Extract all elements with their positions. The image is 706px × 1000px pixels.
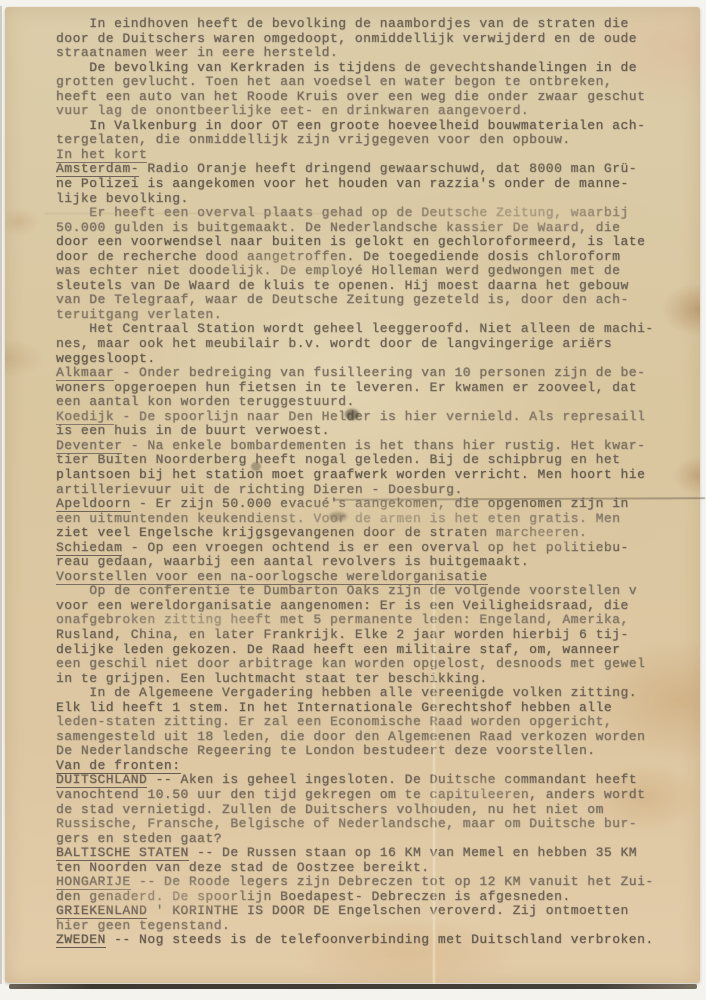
line-text: Op de conferentie te Dumbarton Oaks zijn… — [56, 583, 637, 598]
line-text: -- Aken is geheel ingesloten. De Duitsch… — [147, 772, 637, 787]
line-text: artillerievuur uit de richting Dieren - … — [56, 482, 463, 497]
text-line: Deventer - Na enkele bombardementen is h… — [56, 439, 694, 454]
text-line: weggesloopt. — [56, 352, 694, 367]
photo-left-edge — [0, 6, 2, 984]
text-line: hier geen tegenstand. — [56, 919, 694, 934]
line-text: gers en steden gaat? — [56, 831, 222, 846]
text-line: gers en steden gaat? — [56, 832, 694, 847]
text-line: delijke leden gekozen. De Raad heeft een… — [56, 643, 694, 658]
text-line: tergelaten, die onmiddellijk zijn vrijge… — [56, 133, 694, 148]
line-text: ten Noorden van deze stad de Oostzee ber… — [56, 860, 430, 875]
line-text: woners opgeroepen hun fietsen in te leve… — [56, 380, 637, 395]
line-text: - Na enkele bombardementen is het thans … — [122, 438, 645, 453]
text-line: door de recherche dood aangetroffen. De … — [56, 250, 694, 265]
line-text: voor een wereldorganisatie aangenomen: E… — [56, 598, 629, 613]
text-line: een aantal kon worden teruggestuurd. — [56, 395, 694, 410]
text-line: De Nederlandsche Regeering te London bes… — [56, 744, 694, 759]
line-text: was echter niet doodelijk. De employé Ho… — [56, 263, 621, 278]
line-text: De bevolking van Kerkraden is tijdens de… — [56, 60, 637, 75]
line-text: een geschil niet door arbitrage kan word… — [56, 656, 645, 671]
line-text: In eindhoven heeft de bevolking de naamb… — [56, 16, 629, 31]
line-text: leden-staten zitting. Er zal een Economi… — [56, 714, 612, 729]
text-line: door een voorwendsel naar buiten is gelo… — [56, 235, 694, 250]
paper-sheet: In eindhoven heeft de bevolking de naamb… — [5, 7, 700, 983]
text-line: woners opgeroepen hun fietsen in te leve… — [56, 381, 694, 396]
line-text: In de Algemeene Vergadering hebben alle … — [56, 685, 637, 700]
text-line: lijke bevolking. — [56, 192, 694, 207]
line-text: - Op een vroegen ochtend is er een overv… — [122, 540, 628, 555]
text-line: tier Buiten Noorderberg heeft nogal gele… — [56, 453, 694, 468]
line-text: hier geen tegenstand. — [56, 918, 230, 933]
text-line: van De Telegraaf, waar de Deutsche Zeitu… — [56, 293, 694, 308]
line-text: tergelaten, die onmiddellijk zijn vrijge… — [56, 132, 571, 147]
text-line: Elk lid heeft 1 stem. In het Internation… — [56, 701, 694, 716]
line-text: onafgebroken zitting heeft met 5 permane… — [56, 612, 629, 627]
text-line: DUITSCHLAND -- Aken is geheel ingesloten… — [56, 773, 694, 788]
line-text: weggesloopt. — [56, 351, 156, 366]
text-line: GRIEKENLAND ' KORINTHE IS DOOR DE Engels… — [56, 904, 694, 919]
text-line: ZWEDEN -- Nog steeds is de telefoonverbi… — [56, 933, 694, 948]
line-text: De Nederlandsche Regeering te London bes… — [56, 743, 596, 758]
line-text: den genaderd. De spoorlijn Boedapest- De… — [56, 889, 571, 904]
text-line: 50.000 gulden is buitgemaakt. De Nederla… — [56, 221, 694, 236]
text-line: HONGARIJE -- De Roode legers zijn Debrec… — [56, 875, 694, 890]
underlined-heading: ZWEDEN — [56, 932, 106, 948]
line-text: ziet veel Engelsche krijgsgevangenen doo… — [56, 525, 587, 540]
line-text: door de recherche dood aangetroffen. De … — [56, 249, 621, 264]
line-text: ' KORINTHE IS DOOR DE Engelschen verover… — [147, 903, 628, 918]
line-text: ne Polizei is aangekomen voor het houden… — [56, 176, 629, 191]
line-text: -- Nog steeds is de telefoonverbinding m… — [106, 932, 654, 947]
line-text: - De spoorlijn naar Den Helder is hier v… — [114, 409, 645, 424]
photo-bottom-edge — [9, 984, 697, 989]
text-line: door de Duitschers waren omgedoopt, onmi… — [56, 32, 694, 47]
text-line: voor een wereldorganisatie aangenomen: E… — [56, 599, 694, 614]
text-line: samengesteld uit 18 leden, die door den … — [56, 730, 694, 745]
line-text: -- De Roode legers zijn Debreczen tot op… — [131, 874, 654, 889]
text-line: Er heeft een overval plaats gehad op de … — [56, 206, 694, 221]
line-text: lijke bevolking. — [56, 191, 189, 206]
text-line: artillerievuur uit de richting Dieren - … — [56, 483, 694, 498]
line-text: de stad vernietigd. Zullen de Duitschers… — [56, 802, 604, 817]
text-line: onafgebroken zitting heeft met 5 permane… — [56, 613, 694, 628]
text-line: ziet veel Engelsche krijgsgevangenen doo… — [56, 526, 694, 541]
line-text: -- De Russen staan op 16 KM van Memel en… — [189, 845, 637, 860]
text-line: teruitgang verlaten. — [56, 308, 694, 323]
line-text: reau gedaan, waarbij een aantal revolver… — [56, 554, 529, 569]
line-text: een uitmuntenden keukendienst. Voor de a… — [56, 511, 621, 526]
text-line: Amsterdam- Radio Oranje heeft dringend g… — [56, 162, 694, 177]
text-line: nes, maar ook het meubilair b.v. wordt d… — [56, 337, 694, 352]
text-line: Russische, Fransche, Belgische of Nederl… — [56, 817, 694, 832]
text-line: grotten gevlucht. Toen het aan voedsel e… — [56, 75, 694, 90]
line-text: van De Telegraaf, waar de Deutsche Zeitu… — [56, 292, 629, 307]
line-text: sleutels van De Waard de kluis te openen… — [56, 278, 629, 293]
text-line: een geschil niet door arbitrage kan word… — [56, 657, 694, 672]
line-text: vanochtend 10.50 uur den tijd gekregen o… — [56, 787, 645, 802]
line-text: plantsoen bij het station moet graafwerk… — [56, 467, 645, 482]
line-text: - Onder bedreiging van fusilleering van … — [114, 365, 645, 380]
line-text: samengesteld uit 18 leden, die door den … — [56, 729, 645, 744]
text-line: Apeldoorn - Er zijn 50.000 evacué's aang… — [56, 497, 694, 512]
line-text: straatnamen weer in eere hersteld. — [56, 45, 338, 60]
line-text: 50.000 gulden is buitgemaakt. De Nederla… — [56, 220, 621, 235]
line-text: door een voorwendsel naar buiten is gelo… — [56, 234, 645, 249]
text-line: plantsoen bij het station moet graafwerk… — [56, 468, 694, 483]
line-text: teruitgang verlaten. — [56, 307, 222, 322]
line-text: Elk lid heeft 1 stem. In het Internation… — [56, 700, 612, 715]
text-line: Op de conferentie te Dumbarton Oaks zijn… — [56, 584, 694, 599]
typewritten-text-block: In eindhoven heeft de bevolking de naamb… — [56, 17, 694, 948]
text-line: vanochtend 10.50 uur den tijd gekregen o… — [56, 788, 694, 803]
line-text: grotten gevlucht. Toen het aan voedsel e… — [56, 74, 612, 89]
line-text: Russische, Fransche, Belgische of Nederl… — [56, 816, 637, 831]
text-line: straatnamen weer in eere hersteld. — [56, 46, 694, 61]
text-line: De bevolking van Kerkraden is tijdens de… — [56, 61, 694, 76]
text-line: In het kort — [56, 148, 694, 163]
line-text: Er heeft een overval plaats gehad op de … — [56, 205, 629, 220]
line-text: vuur lag de onontbeerlijke eet- en drink… — [56, 103, 529, 118]
text-line: leden-staten zitting. Er zal een Economi… — [56, 715, 694, 730]
text-line: Voorstellen voor een na-oorlogsche werel… — [56, 570, 694, 585]
line-text: is een huis in de buurt verwoest. — [56, 423, 330, 438]
line-text: in te grijpen. Een luchtmacht staat ter … — [56, 671, 488, 686]
text-line: In eindhoven heeft de bevolking de naamb… — [56, 17, 694, 32]
text-line: Rusland, China, en later Frankrijk. Elke… — [56, 628, 694, 643]
text-line: In de Algemeene Vergadering hebben alle … — [56, 686, 694, 701]
text-line: in te grijpen. Een luchtmacht staat ter … — [56, 672, 694, 687]
text-line: BALTISCHE STATEN -- De Russen staan op 1… — [56, 846, 694, 861]
text-line: was echter niet doodelijk. De employé Ho… — [56, 264, 694, 279]
text-line: Koedijk - De spoorlijn naar Den Helder i… — [56, 410, 694, 425]
text-line: een uitmuntenden keukendienst. Voor de a… — [56, 512, 694, 527]
line-text: een aantal kon worden teruggestuurd. — [56, 394, 355, 409]
line-text: delijke leden gekozen. De Raad heeft een… — [56, 642, 621, 657]
line-text: nes, maar ook het meubilair b.v. wordt d… — [56, 336, 612, 351]
text-line: den genaderd. De spoorlijn Boedapest- De… — [56, 890, 694, 905]
text-line: Alkmaar - Onder bedreiging van fusilleer… — [56, 366, 694, 381]
line-text: Radio Oranje heeft dringend gewaarschuwd… — [139, 161, 637, 176]
text-line: is een huis in de buurt verwoest. — [56, 424, 694, 439]
line-text: In Valkenburg in door OT een groote hoev… — [56, 118, 645, 133]
text-line: Het Centraal Station wordt geheel leegge… — [56, 322, 694, 337]
line-text: door de Duitschers waren omgedoopt, onmi… — [56, 31, 637, 46]
line-text: tier Buiten Noorderberg heeft nogal gele… — [56, 452, 621, 467]
line-text: heeft een auto van het Roode Kruis over … — [56, 89, 645, 104]
text-line: In Valkenburg in door OT een groote hoev… — [56, 119, 694, 134]
text-line: ten Noorden van deze stad de Oostzee ber… — [56, 861, 694, 876]
document-photo: In eindhoven heeft de bevolking de naamb… — [0, 0, 706, 1000]
text-line: reau gedaan, waarbij een aantal revolver… — [56, 555, 694, 570]
text-line: vuur lag de onontbeerlijke eet- en drink… — [56, 104, 694, 119]
text-line: heeft een auto van het Roode Kruis over … — [56, 90, 694, 105]
text-line: de stad vernietigd. Zullen de Duitschers… — [56, 803, 694, 818]
text-line: Van de fronten: — [56, 759, 694, 774]
text-line: sleutels van De Waard de kluis te openen… — [56, 279, 694, 294]
line-text: Het Centraal Station wordt geheel leegge… — [56, 321, 654, 336]
text-line: Schiedam - Op een vroegen ochtend is er … — [56, 541, 694, 556]
text-line: ne Polizei is aangekomen voor het houden… — [56, 177, 694, 192]
line-text: - Er zijn 50.000 evacué's aangekomen, di… — [131, 496, 629, 511]
line-text: Rusland, China, en later Frankrijk. Elke… — [56, 627, 629, 642]
